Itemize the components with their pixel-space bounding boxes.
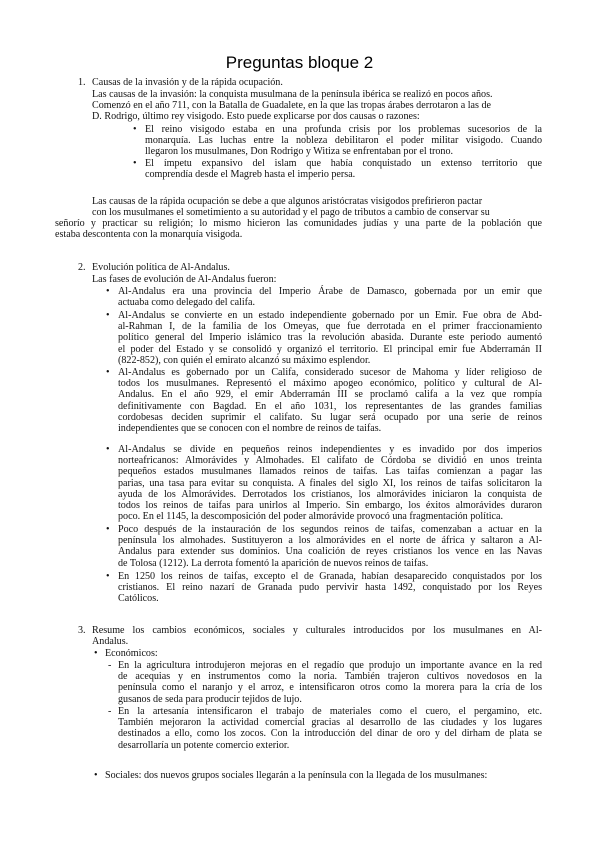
dash-icon: - xyxy=(108,706,111,717)
section-number: 3. xyxy=(78,625,86,636)
dash-line: de acequias y en instrumentos como la no… xyxy=(118,671,542,682)
bullet-item: Al-Andalus era una provincia del Imperio… xyxy=(118,286,542,308)
paragraph-line: estaba descontenta con la monarquía visi… xyxy=(55,229,542,240)
paragraph: señorío y practicar su religión; lo mism… xyxy=(55,218,542,240)
bullet-item: Al-Andalus se divide en pequeños reinos … xyxy=(118,444,542,522)
dash-line: También mejoraron la actividad comercial… xyxy=(118,717,542,728)
section-heading: Evolución política de Al-Andalus. xyxy=(92,262,230,273)
bullet-line: cristianos. El reino nazarí de Granada p… xyxy=(118,582,542,593)
bullet-icon: • xyxy=(106,286,110,297)
bullet-line: actuaba como delegado del califa. xyxy=(118,297,542,308)
bullet-line: (822-852), con quién el emirato alcanzó … xyxy=(118,355,542,366)
dash-line: destinados a ello, como los zocos. Con l… xyxy=(118,728,542,739)
bullet-icon: • xyxy=(106,367,110,378)
dash-line: En la artesanía intensificaron el trabaj… xyxy=(118,706,542,717)
bullet-line: Andalus para extender sus dominios. Una … xyxy=(118,546,542,557)
bullet-icon: • xyxy=(133,158,137,169)
section-heading: Resume los cambios económicos, sociales … xyxy=(92,625,542,647)
section-heading: Causas de la invasión y de la rápida ocu… xyxy=(92,77,283,88)
bullet-line: parias, una tasa para evitar su conquist… xyxy=(118,478,542,489)
bullet-line: cordobesas deciden suprimir el califato.… xyxy=(118,412,542,423)
section-number: 1. xyxy=(78,77,86,88)
dash-line: En la agricultura introdujeron mejoras e… xyxy=(118,660,542,671)
bullet-line: Al-Andalus se divide en pequeños reinos … xyxy=(118,444,542,455)
bullet-icon: • xyxy=(106,310,110,321)
paragraph-line: señorío y practicar su religión; lo mism… xyxy=(55,218,542,229)
bullet-item: Al-Andalus es gobernado por un Califa, c… xyxy=(118,367,542,434)
bullet-item: Poco después de la instauración de los s… xyxy=(118,524,542,569)
dash-item: En la agricultura introdujeron mejoras e… xyxy=(118,660,542,705)
bullet-line: ayuda de los Almorávides. Derrotados los… xyxy=(118,489,542,500)
bullet-line: Al-Andalus se convierte en un estado ind… xyxy=(118,310,542,321)
dash-line: desarrollaría un potente comercio exteri… xyxy=(118,740,542,751)
bullet-line: Católicos. xyxy=(118,593,542,604)
bullet-line: El reino visigodo estaba en una profunda… xyxy=(145,124,542,135)
dash-item: En la artesanía intensificaron el trabaj… xyxy=(118,706,542,751)
bullet-item: El reino visigodo estaba en una profunda… xyxy=(145,124,542,158)
section-number: 2. xyxy=(78,262,86,273)
bullet-line: Poco después de la instauración de los s… xyxy=(118,524,542,535)
bullet-icon: • xyxy=(94,648,98,659)
bullet-line: Andalus. En el año 929, el emir Abderram… xyxy=(118,389,542,400)
bullet-line: llegaron los musulmanes, Don Rodrigo y W… xyxy=(145,146,542,157)
paragraph-line: D. Rodrigo, último rey visigodo. Esto pu… xyxy=(92,111,420,122)
heading-line: Andalus. xyxy=(92,636,542,647)
bullet-line: todos los musulmanes. Representó el máxi… xyxy=(118,378,542,389)
bullet-line: monarquía. Las luchas entre la nobleza d… xyxy=(145,135,542,146)
bullet-line: Al-Andalus es gobernado por un Califa, c… xyxy=(118,367,542,378)
bullet-line: poco. En el 1145, la descomposición del … xyxy=(118,511,542,522)
bullet-icon: • xyxy=(106,571,110,582)
dash-icon: - xyxy=(108,660,111,671)
bullet-icon: • xyxy=(133,124,137,135)
bullet-line: todos los reinos de taifas para unirlos … xyxy=(118,500,542,511)
bullet-item: Al-Andalus se convierte en un estado ind… xyxy=(118,310,542,366)
dash-line: península como el naranjo y el arroz, e … xyxy=(118,682,542,693)
bullet-line: independientes que se conocen con el nom… xyxy=(118,423,542,434)
heading-line: Resume los cambios económicos, sociales … xyxy=(92,625,542,636)
paragraph-line: Las causas de la invasión: la conquista … xyxy=(92,89,493,100)
bullet-item: En 1250 los reinos de taifas, excepto el… xyxy=(118,571,542,605)
bullet-label: Económicos: xyxy=(105,648,158,659)
page-title: Preguntas bloque 2 xyxy=(0,53,599,73)
bullet-icon: • xyxy=(94,770,98,781)
bullet-line: comprendía desde el Magreb hasta el impe… xyxy=(145,169,542,180)
paragraph-line: con los musulmanes el sometimiento a su … xyxy=(92,207,490,218)
bullet-item: El ímpetu expansivo del islam que había … xyxy=(145,158,542,180)
bullet-icon: • xyxy=(106,524,110,535)
bullet-line: El ímpetu expansivo del islam que había … xyxy=(145,158,542,169)
paragraph-line: Comenzó en el año 711, con la Batalla de… xyxy=(92,100,491,111)
dash-line: gusanos de seda para producir tejidos de… xyxy=(118,694,542,705)
bullet-line: norteafricanos: Almorávides y Almohades.… xyxy=(118,455,542,466)
bullet-line: En 1250 los reinos de taifas, excepto el… xyxy=(118,571,542,582)
paragraph-line: Las causas de la rápida ocupación se deb… xyxy=(92,196,482,207)
paragraph-line: Las fases de evolución de Al-Andalus fue… xyxy=(92,274,276,285)
bullet-label: Sociales: dos nuevos grupos sociales lle… xyxy=(105,770,487,781)
bullet-line: de Tolosa (1212). La derrota fomentó la … xyxy=(118,558,542,569)
bullet-line: definitivamente con Bagdad. En el año 10… xyxy=(118,401,542,412)
bullet-line: político general del Imperio islámico tr… xyxy=(118,332,542,343)
bullet-line: pequeños estados musulmanes llamados rei… xyxy=(118,466,542,477)
bullet-line: Al-Andalus era una provincia del Imperio… xyxy=(118,286,542,297)
bullet-line: al-Rahman I, de la familia de los Omeyas… xyxy=(118,321,542,332)
bullet-line: el poder del Estado y se consolidó y org… xyxy=(118,344,542,355)
bullet-icon: • xyxy=(106,444,110,455)
bullet-line: península los almohades. Sustituyeron a … xyxy=(118,535,542,546)
